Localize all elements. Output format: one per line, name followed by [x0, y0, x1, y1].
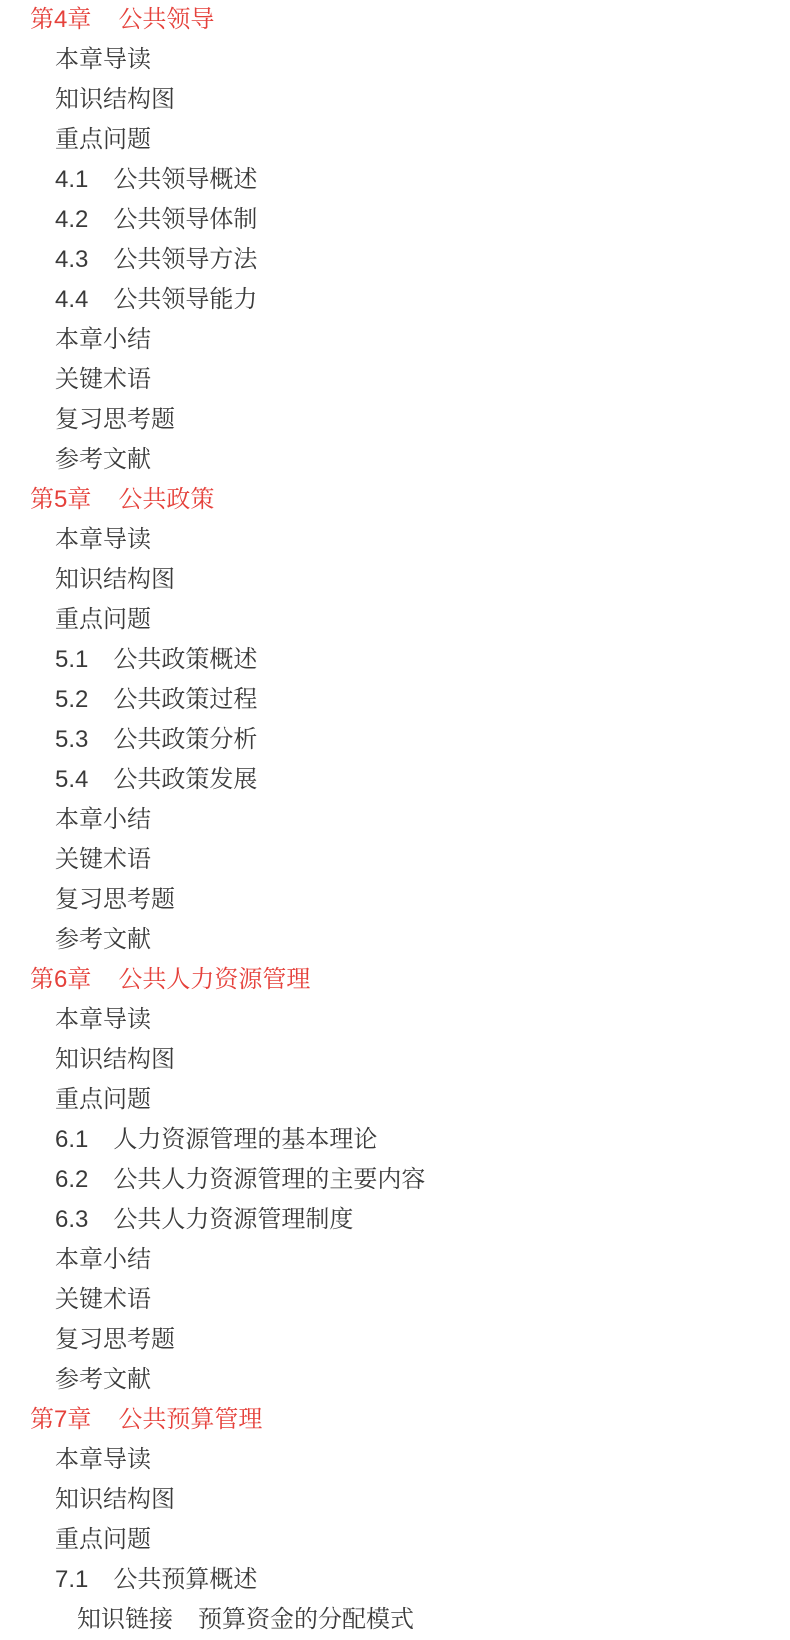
toc-item-label: 复习思考题	[55, 1320, 175, 1360]
toc-item[interactable]: 知识链接预算资金的分配模式	[0, 1600, 790, 1640]
toc-item[interactable]: 知识结构图	[0, 1480, 790, 1520]
toc-item[interactable]: 复习思考题	[0, 1320, 790, 1360]
toc-item[interactable]: 参考文献	[0, 1360, 790, 1400]
toc-item[interactable]: 重点问题	[0, 1080, 790, 1120]
toc-item[interactable]: 6.1人力资源管理的基本理论	[0, 1120, 790, 1160]
toc-item[interactable]: 知识结构图	[0, 1040, 790, 1080]
section-number: 6.3	[55, 1200, 88, 1240]
toc-item-label: 参考文献	[55, 440, 151, 480]
toc-item[interactable]: 5.1公共政策概述	[0, 640, 790, 680]
toc-item[interactable]: 5.2公共政策过程	[0, 680, 790, 720]
section-number: 5.1	[55, 640, 88, 680]
toc-item-label: 本章导读	[55, 520, 151, 560]
toc-item[interactable]: 本章小结	[0, 800, 790, 840]
section-number: 6.1	[55, 1120, 88, 1160]
chapter-number: 第5章	[30, 480, 91, 520]
toc-item[interactable]: 6.3公共人力资源管理制度	[0, 1200, 790, 1240]
toc-item-label: 参考文献	[55, 1360, 151, 1400]
toc-item-label: 公共领导方法	[113, 240, 257, 280]
toc-item[interactable]: 4.2公共领导体制	[0, 200, 790, 240]
toc-item-label: 公共政策过程	[113, 680, 257, 720]
chapter-number: 第6章	[30, 960, 91, 1000]
toc-item-label: 知识结构图	[55, 1040, 175, 1080]
toc-item-label: 公共政策发展	[113, 760, 257, 800]
chapter-heading[interactable]: 第5章公共政策	[0, 480, 790, 520]
toc-item-label: 人力资源管理的基本理论	[113, 1120, 377, 1160]
chapter-heading[interactable]: 第4章公共领导	[0, 0, 790, 40]
section-number: 5.2	[55, 680, 88, 720]
section-number: 6.2	[55, 1160, 88, 1200]
toc-item[interactable]: 知识结构图	[0, 560, 790, 600]
toc-item-label: 重点问题	[55, 1520, 151, 1560]
toc-item-label: 关键术语	[55, 840, 151, 880]
toc-item-label: 重点问题	[55, 120, 151, 160]
toc-item[interactable]: 关键术语	[0, 840, 790, 880]
toc-item-label: 本章小结	[55, 800, 151, 840]
toc-item[interactable]: 7.1公共预算概述	[0, 1560, 790, 1600]
toc-item-label: 知识结构图	[55, 1480, 175, 1520]
toc-item[interactable]: 参考文献	[0, 920, 790, 960]
toc-item-label: 知识结构图	[55, 560, 175, 600]
toc-item-label: 复习思考题	[55, 880, 175, 920]
toc-item[interactable]: 知识结构图	[0, 80, 790, 120]
knowledge-link-label: 知识链接	[77, 1600, 173, 1640]
toc-item[interactable]: 本章导读	[0, 1000, 790, 1040]
toc-item[interactable]: 参考文献	[0, 440, 790, 480]
toc-item[interactable]: 复习思考题	[0, 880, 790, 920]
toc-item-label: 公共领导概述	[113, 160, 257, 200]
toc-item-label: 公共政策概述	[113, 640, 257, 680]
section-number: 7.1	[55, 1560, 88, 1600]
toc-item[interactable]: 5.4公共政策发展	[0, 760, 790, 800]
toc-item-label: 本章导读	[55, 40, 151, 80]
section-number: 4.3	[55, 240, 88, 280]
toc-item[interactable]: 重点问题	[0, 120, 790, 160]
section-number: 5.4	[55, 760, 88, 800]
toc-item-label: 公共预算概述	[113, 1560, 257, 1600]
toc-item-label: 本章小结	[55, 320, 151, 360]
chapter-heading[interactable]: 第7章公共预算管理	[0, 1400, 790, 1440]
chapter-heading[interactable]: 第6章公共人力资源管理	[0, 960, 790, 1000]
chapter-number: 第7章	[30, 1400, 91, 1440]
chapter-title: 公共领导	[118, 0, 214, 40]
section-number: 4.4	[55, 280, 88, 320]
toc-item-label: 公共人力资源管理的主要内容	[113, 1160, 425, 1200]
chapter-title: 公共政策	[118, 480, 214, 520]
toc-item[interactable]: 本章导读	[0, 520, 790, 560]
toc-item-label: 参考文献	[55, 920, 151, 960]
toc-item[interactable]: 本章导读	[0, 1440, 790, 1480]
section-number: 4.2	[55, 200, 88, 240]
toc-item-label: 知识结构图	[55, 80, 175, 120]
toc-item[interactable]: 本章小结	[0, 320, 790, 360]
toc-item[interactable]: 关键术语	[0, 360, 790, 400]
table-of-contents: 第4章公共领导本章导读知识结构图重点问题4.1公共领导概述4.2公共领导体制4.…	[0, 0, 790, 1640]
toc-item-label: 关键术语	[55, 1280, 151, 1320]
toc-item-label: 重点问题	[55, 600, 151, 640]
chapter-title: 公共人力资源管理	[118, 960, 310, 1000]
section-number: 4.1	[55, 160, 88, 200]
chapter-number: 第4章	[30, 0, 91, 40]
toc-item-label: 预算资金的分配模式	[198, 1600, 414, 1640]
chapter-title: 公共预算管理	[118, 1400, 262, 1440]
toc-item-label: 本章小结	[55, 1240, 151, 1280]
toc-item[interactable]: 重点问题	[0, 600, 790, 640]
toc-item-label: 公共政策分析	[113, 720, 257, 760]
toc-item[interactable]: 4.1公共领导概述	[0, 160, 790, 200]
toc-item[interactable]: 本章导读	[0, 40, 790, 80]
toc-item[interactable]: 重点问题	[0, 1520, 790, 1560]
toc-item-label: 公共领导能力	[113, 280, 257, 320]
toc-item-label: 复习思考题	[55, 400, 175, 440]
toc-item[interactable]: 4.4公共领导能力	[0, 280, 790, 320]
toc-item-label: 重点问题	[55, 1080, 151, 1120]
toc-item-label: 公共人力资源管理制度	[113, 1200, 353, 1240]
toc-item[interactable]: 5.3公共政策分析	[0, 720, 790, 760]
toc-item[interactable]: 4.3公共领导方法	[0, 240, 790, 280]
toc-item-label: 本章导读	[55, 1000, 151, 1040]
toc-item[interactable]: 复习思考题	[0, 400, 790, 440]
toc-item[interactable]: 6.2公共人力资源管理的主要内容	[0, 1160, 790, 1200]
toc-item-label: 公共领导体制	[113, 200, 257, 240]
toc-item-label: 关键术语	[55, 360, 151, 400]
toc-item-label: 本章导读	[55, 1440, 151, 1480]
toc-item[interactable]: 本章小结	[0, 1240, 790, 1280]
section-number: 5.3	[55, 720, 88, 760]
toc-item[interactable]: 关键术语	[0, 1280, 790, 1320]
